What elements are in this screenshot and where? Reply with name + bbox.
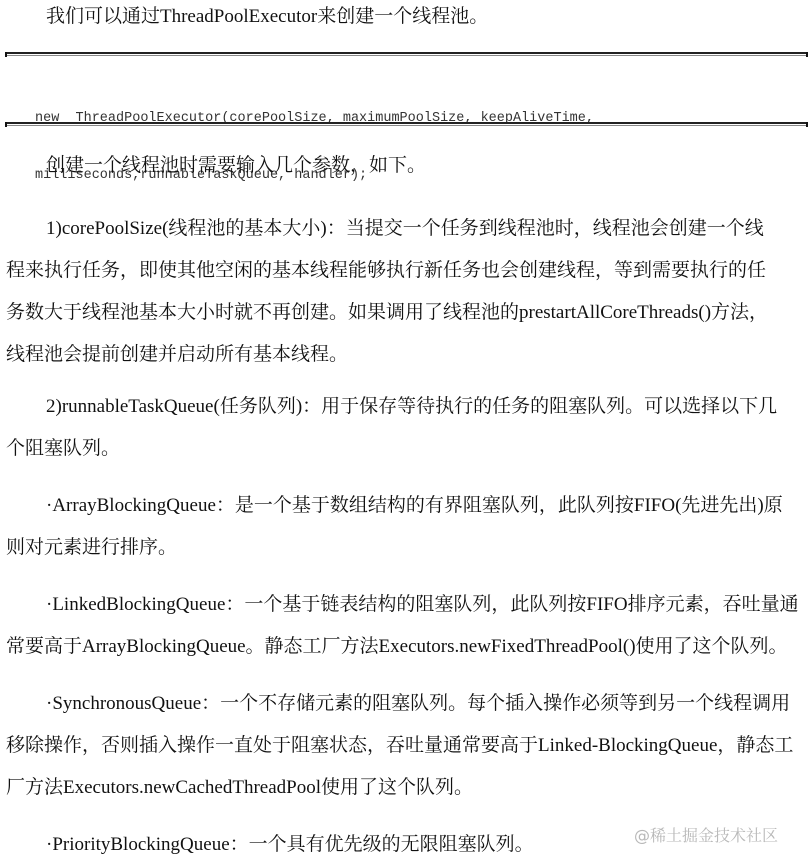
watermark: @稀土掘金技术社区 xyxy=(634,823,778,846)
paragraph-line: 厂方法Executors.newCachedThreadPool使用了这个队列。 xyxy=(6,767,806,809)
paragraph-line: 个阻塞队列。 xyxy=(6,428,806,470)
paragraph-line: ·ArrayBlockingQueue：是一个基于数组结构的有界阻塞队列，此队列… xyxy=(6,485,806,527)
divider-dark-line xyxy=(5,52,808,54)
paragraph-line: ·LinkedBlockingQueue：一个基于链表结构的阻塞队列，此队列按F… xyxy=(6,584,806,626)
array-blocking-queue-paragraph: ·ArrayBlockingQueue：是一个基于数组结构的有界阻塞队列，此队列… xyxy=(6,485,806,569)
paragraph-line: 移除操作，否则插入操作一直处于阻塞状态，吞吐量通常要高于Linked-Block… xyxy=(6,725,806,767)
intro-paragraph: 我们可以通过ThreadPoolExecutor来创建一个线程池。 xyxy=(6,0,809,38)
divider-dark-line xyxy=(5,122,808,124)
divider-cap-left xyxy=(5,122,7,127)
params-intro-text: 创建一个线程池时需要输入几个参数，如下。 xyxy=(46,145,809,187)
linked-blocking-queue-paragraph: ·LinkedBlockingQueue：一个基于链表结构的阻塞队列，此队列按F… xyxy=(6,584,806,668)
paragraph-line: 务数大于线程池基本大小时就不再创建。如果调用了线程池的prestartAllCo… xyxy=(6,292,806,334)
core-pool-size-paragraph: 1)corePoolSize(线程池的基本大小)：当提交一个任务到线程池时，线程… xyxy=(6,208,806,376)
code-top-divider xyxy=(5,52,808,57)
synchronous-queue-paragraph: ·SynchronousQueue：一个不存储元素的阻塞队列。每个插入操作必须等… xyxy=(6,683,806,809)
paragraph-line: 1)corePoolSize(线程池的基本大小)：当提交一个任务到线程池时，线程… xyxy=(6,208,806,250)
divider-light-line xyxy=(5,125,808,126)
code-bottom-divider xyxy=(5,122,808,127)
params-intro-paragraph: 创建一个线程池时需要输入几个参数，如下。 xyxy=(6,145,809,187)
divider-cap-left xyxy=(5,52,7,57)
paragraph-line: 2)runnableTaskQueue(任务队列)：用于保存等待执行的任务的阻塞… xyxy=(6,386,806,428)
divider-light-line xyxy=(5,55,808,56)
runnable-task-queue-paragraph: 2)runnableTaskQueue(任务队列)：用于保存等待执行的任务的阻塞… xyxy=(6,386,806,470)
intro-text: 我们可以通过ThreadPoolExecutor来创建一个线程池。 xyxy=(46,0,809,38)
paragraph-line: 常要高于ArrayBlockingQueue。静态工厂方法Executors.n… xyxy=(6,626,806,668)
paragraph-line: ·SynchronousQueue：一个不存储元素的阻塞队列。每个插入操作必须等… xyxy=(6,683,806,725)
divider-cap-right xyxy=(806,122,808,127)
paragraph-line: 线程池会提前创建并启动所有基本线程。 xyxy=(6,334,806,376)
divider-cap-right xyxy=(806,52,808,57)
paragraph-line: 则对元素进行排序。 xyxy=(6,527,806,569)
paragraph-line: 程来执行任务，即使其他空闲的基本线程能够执行新任务也会创建线程，等到需要执行的任 xyxy=(6,250,806,292)
